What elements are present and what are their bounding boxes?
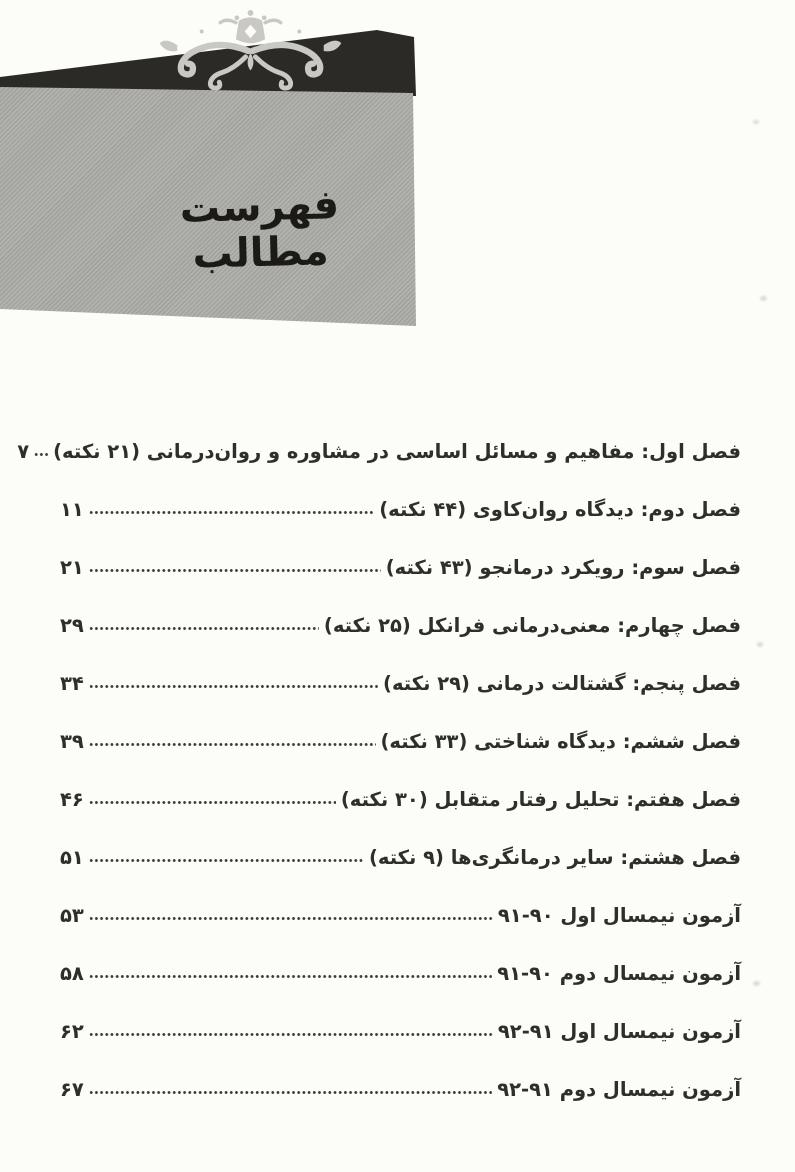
scan-speck bbox=[753, 981, 760, 986]
floral-ornament-icon bbox=[148, 8, 353, 94]
toc-entry-page: ۱۱ bbox=[60, 496, 84, 524]
toc-entry: فصل سوم: رویکرد درمانجو (۴۳ نکته) ۲۱ bbox=[60, 554, 741, 582]
toc-entry-label: آزمون نیمسال اول ۹۰-۹۱ bbox=[498, 902, 741, 930]
toc-entry-label: فصل پنجم: گشتالت درمانی (۲۹ نکته) bbox=[383, 670, 741, 698]
dotted-leader bbox=[89, 741, 376, 748]
toc-entry-page: ۳۹ bbox=[60, 728, 84, 756]
scan-speck bbox=[753, 120, 759, 124]
toc-entry-label: آزمون نیمسال دوم ۹۱-۹۲ bbox=[497, 1076, 741, 1104]
toc-entry-page: ۶۷ bbox=[60, 1076, 84, 1104]
toc-entry: فصل پنجم: گشتالت درمانی (۲۹ نکته) ۳۴ bbox=[60, 670, 741, 698]
dotted-leader bbox=[34, 451, 48, 458]
toc-list: فصل اول: مفاهیم و مسائل اساسی در مشاوره … bbox=[60, 438, 741, 1134]
toc-entry-label: فصل چهارم: معنی‌درمانی فرانکل (۲۵ نکته) bbox=[324, 612, 741, 640]
toc-entry: فصل هشتم: سایر درمانگری‌ها (۹ نکته) ۵۱ bbox=[60, 844, 741, 872]
toc-entry-page: ۵۸ bbox=[60, 960, 84, 988]
toc-entry-label: فصل اول: مفاهیم و مسائل اساسی در مشاوره … bbox=[53, 438, 741, 466]
toc-entry-label: فصل دوم: دیدگاه روان‌کاوی (۴۴ نکته) bbox=[379, 496, 741, 524]
toc-entry: فصل چهارم: معنی‌درمانی فرانکل (۲۵ نکته) … bbox=[60, 612, 741, 640]
dotted-leader bbox=[89, 799, 336, 806]
toc-entry-label: آزمون نیمسال دوم ۹۰-۹۱ bbox=[497, 960, 741, 988]
toc-entry-label: فصل هشتم: سایر درمانگری‌ها (۹ نکته) bbox=[369, 844, 741, 872]
dotted-leader bbox=[89, 567, 381, 574]
dotted-leader bbox=[89, 915, 493, 922]
toc-entry: فصل هفتم: تحلیل رفتار متقابل (۳۰ نکته) ۴… bbox=[60, 786, 741, 814]
scan-speck bbox=[757, 642, 763, 647]
page-title: فهرست مطالب bbox=[119, 181, 401, 280]
toc-entry-label: فصل ششم: دیدگاه شناختی (۳۳ نکته) bbox=[381, 728, 742, 756]
scan-speck bbox=[760, 296, 767, 301]
toc-entry-page: ۵۱ bbox=[60, 844, 84, 872]
toc-entry-page: ۴۶ bbox=[60, 786, 84, 814]
dotted-leader bbox=[89, 1031, 493, 1038]
toc-entry: فصل دوم: دیدگاه روان‌کاوی (۴۴ نکته) ۱۱ bbox=[60, 496, 741, 524]
toc-entry: آزمون نیمسال اول ۹۱-۹۲ ۶۲ bbox=[60, 1018, 741, 1046]
toc-entry-page: ۷ bbox=[17, 438, 29, 466]
toc-entry: آزمون نیمسال اول ۹۰-۹۱ ۵۳ bbox=[60, 902, 741, 930]
toc-entry-page: ۳۴ bbox=[60, 670, 84, 698]
dotted-leader bbox=[89, 683, 378, 690]
toc-entry-page: ۵۳ bbox=[60, 902, 84, 930]
toc-entry-label: فصل هفتم: تحلیل رفتار متقابل (۳۰ نکته) bbox=[341, 786, 741, 814]
toc-entry: فصل ششم: دیدگاه شناختی (۳۳ نکته) ۳۹ bbox=[60, 728, 741, 756]
dotted-leader bbox=[89, 1089, 492, 1096]
dotted-leader bbox=[89, 857, 364, 864]
toc-entry-page: ۲۹ bbox=[60, 612, 84, 640]
toc-entry-page: ۲۱ bbox=[60, 554, 84, 582]
toc-entry-page: ۶۲ bbox=[60, 1018, 84, 1046]
toc-entry-label: آزمون نیمسال اول ۹۱-۹۲ bbox=[498, 1018, 741, 1046]
dotted-leader bbox=[89, 973, 492, 980]
toc-entry: آزمون نیمسال دوم ۹۰-۹۱ ۵۸ bbox=[60, 960, 741, 988]
dotted-leader bbox=[89, 625, 319, 632]
dotted-leader bbox=[89, 509, 374, 516]
toc-entry-label: فصل سوم: رویکرد درمانجو (۴۳ نکته) bbox=[386, 554, 741, 582]
toc-entry: فصل اول: مفاهیم و مسائل اساسی در مشاوره … bbox=[60, 438, 741, 466]
toc-entry: آزمون نیمسال دوم ۹۱-۹۲ ۶۷ bbox=[60, 1076, 741, 1104]
